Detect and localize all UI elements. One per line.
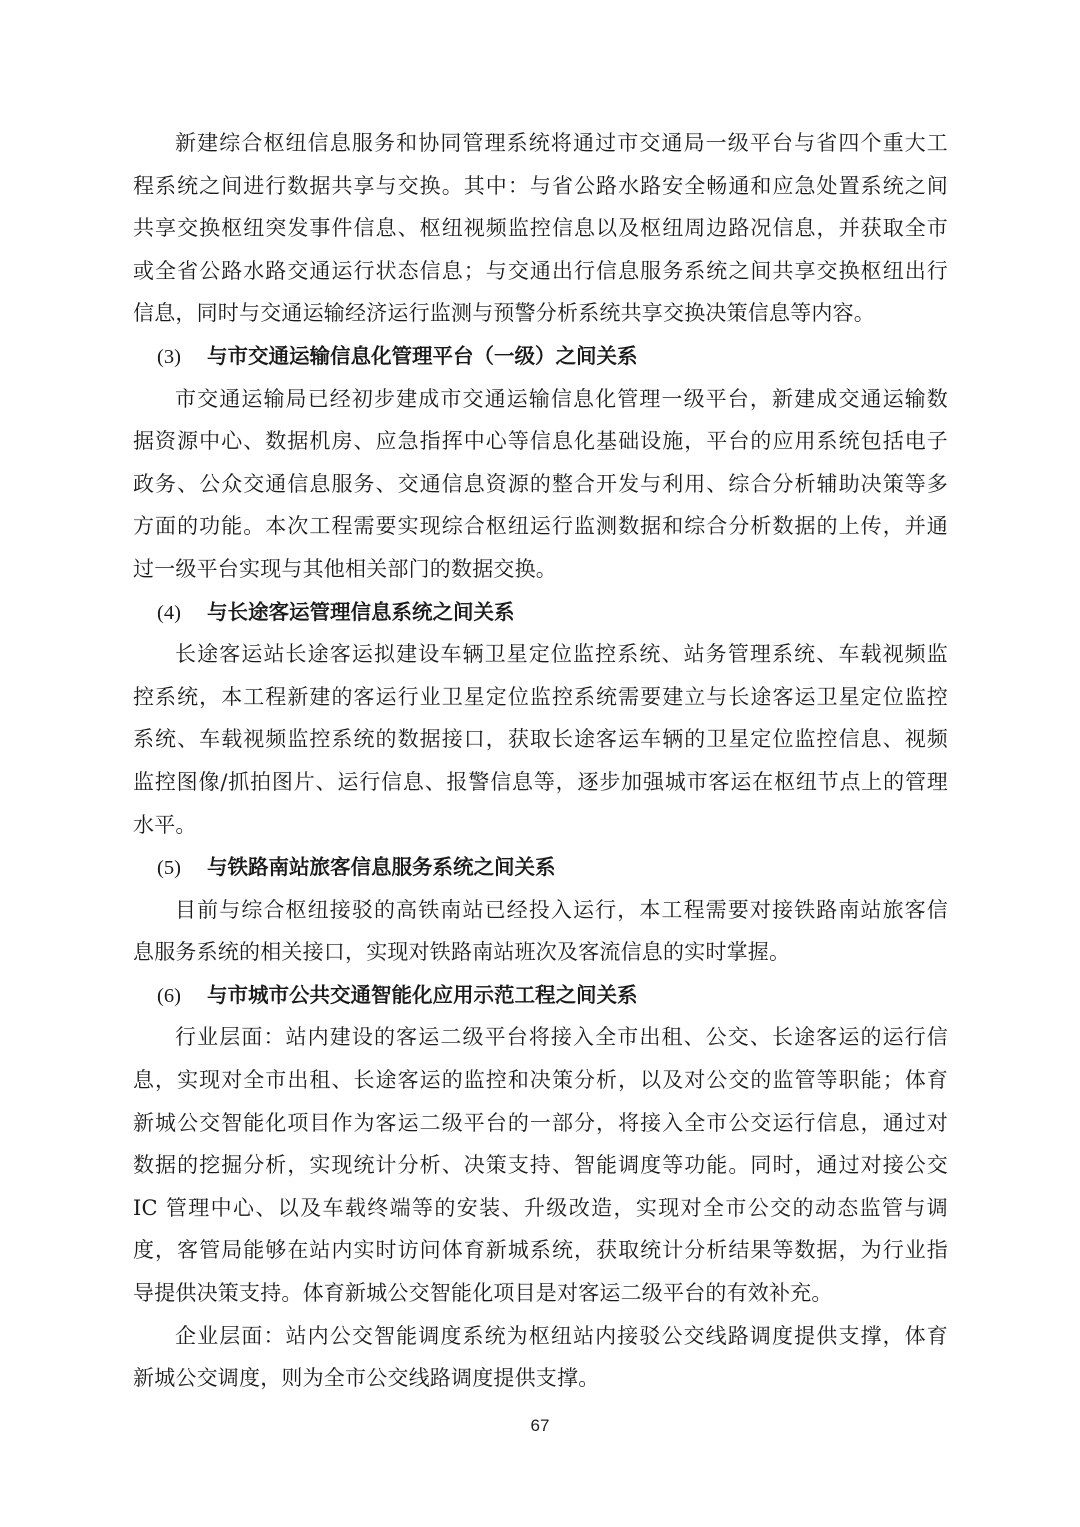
- text-line: 行业层面：站内建设的客运二级平台将接入全市出租、公交、长途客运的运行信: [133, 1016, 948, 1059]
- text-line: 新城公交调度，则为全市公交线路调度提供支撑。: [133, 1357, 948, 1400]
- text-line: 新建综合枢纽信息服务和协同管理系统将通过市交通局一级平台与省四个重大工: [133, 122, 948, 165]
- text-line: 共享交换枢纽突发事件信息、枢纽视频监控信息以及枢纽周边路况信息，并获取全市: [133, 207, 948, 250]
- section-number: (3): [157, 336, 207, 379]
- paragraph-section-4: 长途客运站长途客运拟建设车辆卫星定位监控系统、站务管理系统、车载视频监 控系统，…: [133, 633, 948, 846]
- section-title: 与长途客运管理信息系统之间关系: [207, 600, 515, 624]
- section-heading-6: (6)与市城市公共交通智能化应用示范工程之间关系: [133, 974, 948, 1017]
- section-title: 与市城市公共交通智能化应用示范工程之间关系: [207, 983, 638, 1007]
- section-title: 与市交通运输信息化管理平台（一级）之间关系: [207, 344, 638, 368]
- text-line: 政务、公众交通信息服务、交通信息资源的整合开发与利用、综合分析辅助决策等多: [133, 463, 948, 506]
- text-line: 数据的挖掘分析，实现统计分析、决策支持、智能调度等功能。同时，通过对接公交: [133, 1144, 948, 1187]
- text-line: 度，客管局能够在站内实时访问体育新城系统，获取统计分析结果等数据，为行业指: [133, 1229, 948, 1272]
- paragraph-industry-level: 行业层面：站内建设的客运二级平台将接入全市出租、公交、长途客运的运行信 息，实现…: [133, 1016, 948, 1314]
- paragraph-section-3: 市交通运输局已经初步建成市交通运输信息化管理一级平台，新建成交通运输数 据资源中…: [133, 378, 948, 591]
- text-line: 目前与综合枢纽接驳的高铁南站已经投入运行，本工程需要对接铁路南站旅客信: [133, 889, 948, 932]
- paragraph-section-5: 目前与综合枢纽接驳的高铁南站已经投入运行，本工程需要对接铁路南站旅客信 息服务系…: [133, 889, 948, 974]
- text-line: 企业层面：站内公交智能调度系统为枢纽站内接驳公交线路调度提供支撑，体育: [133, 1315, 948, 1358]
- section-heading-3: (3)与市交通运输信息化管理平台（一级）之间关系: [133, 335, 948, 378]
- text-line: 息服务系统的相关接口，实现对铁路南站班次及客流信息的实时掌握。: [133, 931, 948, 974]
- text-line: 过一级平台实现与其他相关部门的数据交换。: [133, 548, 948, 591]
- text-line: 市交通运输局已经初步建成市交通运输信息化管理一级平台，新建成交通运输数: [133, 378, 948, 421]
- page-number: 67: [0, 1416, 1080, 1436]
- text-line: 信息，同时与交通运输经济运行监测与预警分析系统共享交换决策信息等内容。: [133, 292, 948, 335]
- text-line: 导提供决策支持。体育新城公交智能化项目是对客运二级平台的有效补充。: [133, 1272, 948, 1315]
- text-line: 据资源中心、数据机房、应急指挥中心等信息化基础设施，平台的应用系统包括电子: [133, 420, 948, 463]
- section-number: (5): [157, 847, 207, 890]
- text-line: 或全省公路水路交通运行状态信息；与交通出行信息服务系统之间共享交换枢纽出行: [133, 250, 948, 293]
- text-line: 息，实现对全市出租、长途客运的监控和决策分析，以及对公交的监管等职能；体育: [133, 1059, 948, 1102]
- section-title: 与铁路南站旅客信息服务系统之间关系: [207, 855, 556, 879]
- text-line: 长途客运站长途客运拟建设车辆卫星定位监控系统、站务管理系统、车载视频监: [133, 633, 948, 676]
- section-number: (6): [157, 975, 207, 1018]
- text-line: 水平。: [133, 804, 948, 847]
- text-line: 方面的功能。本次工程需要实现综合枢纽运行监测数据和综合分析数据的上传，并通: [133, 505, 948, 548]
- text-line: IC 管理中心、以及车载终端等的安装、升级改造，实现对全市公交的动态监管与调: [133, 1187, 948, 1230]
- text-line: 系统、车载视频监控系统的数据接口，获取长途客运车辆的卫星定位监控信息、视频: [133, 718, 948, 761]
- section-heading-4: (4)与长途客运管理信息系统之间关系: [133, 591, 948, 634]
- text-line: 新城公交智能化项目作为客运二级平台的一部分，将接入全市公交运行信息，通过对: [133, 1102, 948, 1145]
- section-number: (4): [157, 592, 207, 635]
- paragraph-enterprise-level: 企业层面：站内公交智能调度系统为枢纽站内接驳公交线路调度提供支撑，体育 新城公交…: [133, 1315, 948, 1400]
- paragraph-data-sharing: 新建综合枢纽信息服务和协同管理系统将通过市交通局一级平台与省四个重大工 程系统之…: [133, 122, 948, 335]
- document-page: 新建综合枢纽信息服务和协同管理系统将通过市交通局一级平台与省四个重大工 程系统之…: [133, 122, 948, 1400]
- text-line: 监控图像/抓拍图片、运行信息、报警信息等，逐步加强城市客运在枢纽节点上的管理: [133, 761, 948, 804]
- section-heading-5: (5)与铁路南站旅客信息服务系统之间关系: [133, 846, 948, 889]
- text-line: 程系统之间进行数据共享与交换。其中：与省公路水路安全畅通和应急处置系统之间: [133, 165, 948, 208]
- text-line: 控系统，本工程新建的客运行业卫星定位监控系统需要建立与长途客运卫星定位监控: [133, 676, 948, 719]
